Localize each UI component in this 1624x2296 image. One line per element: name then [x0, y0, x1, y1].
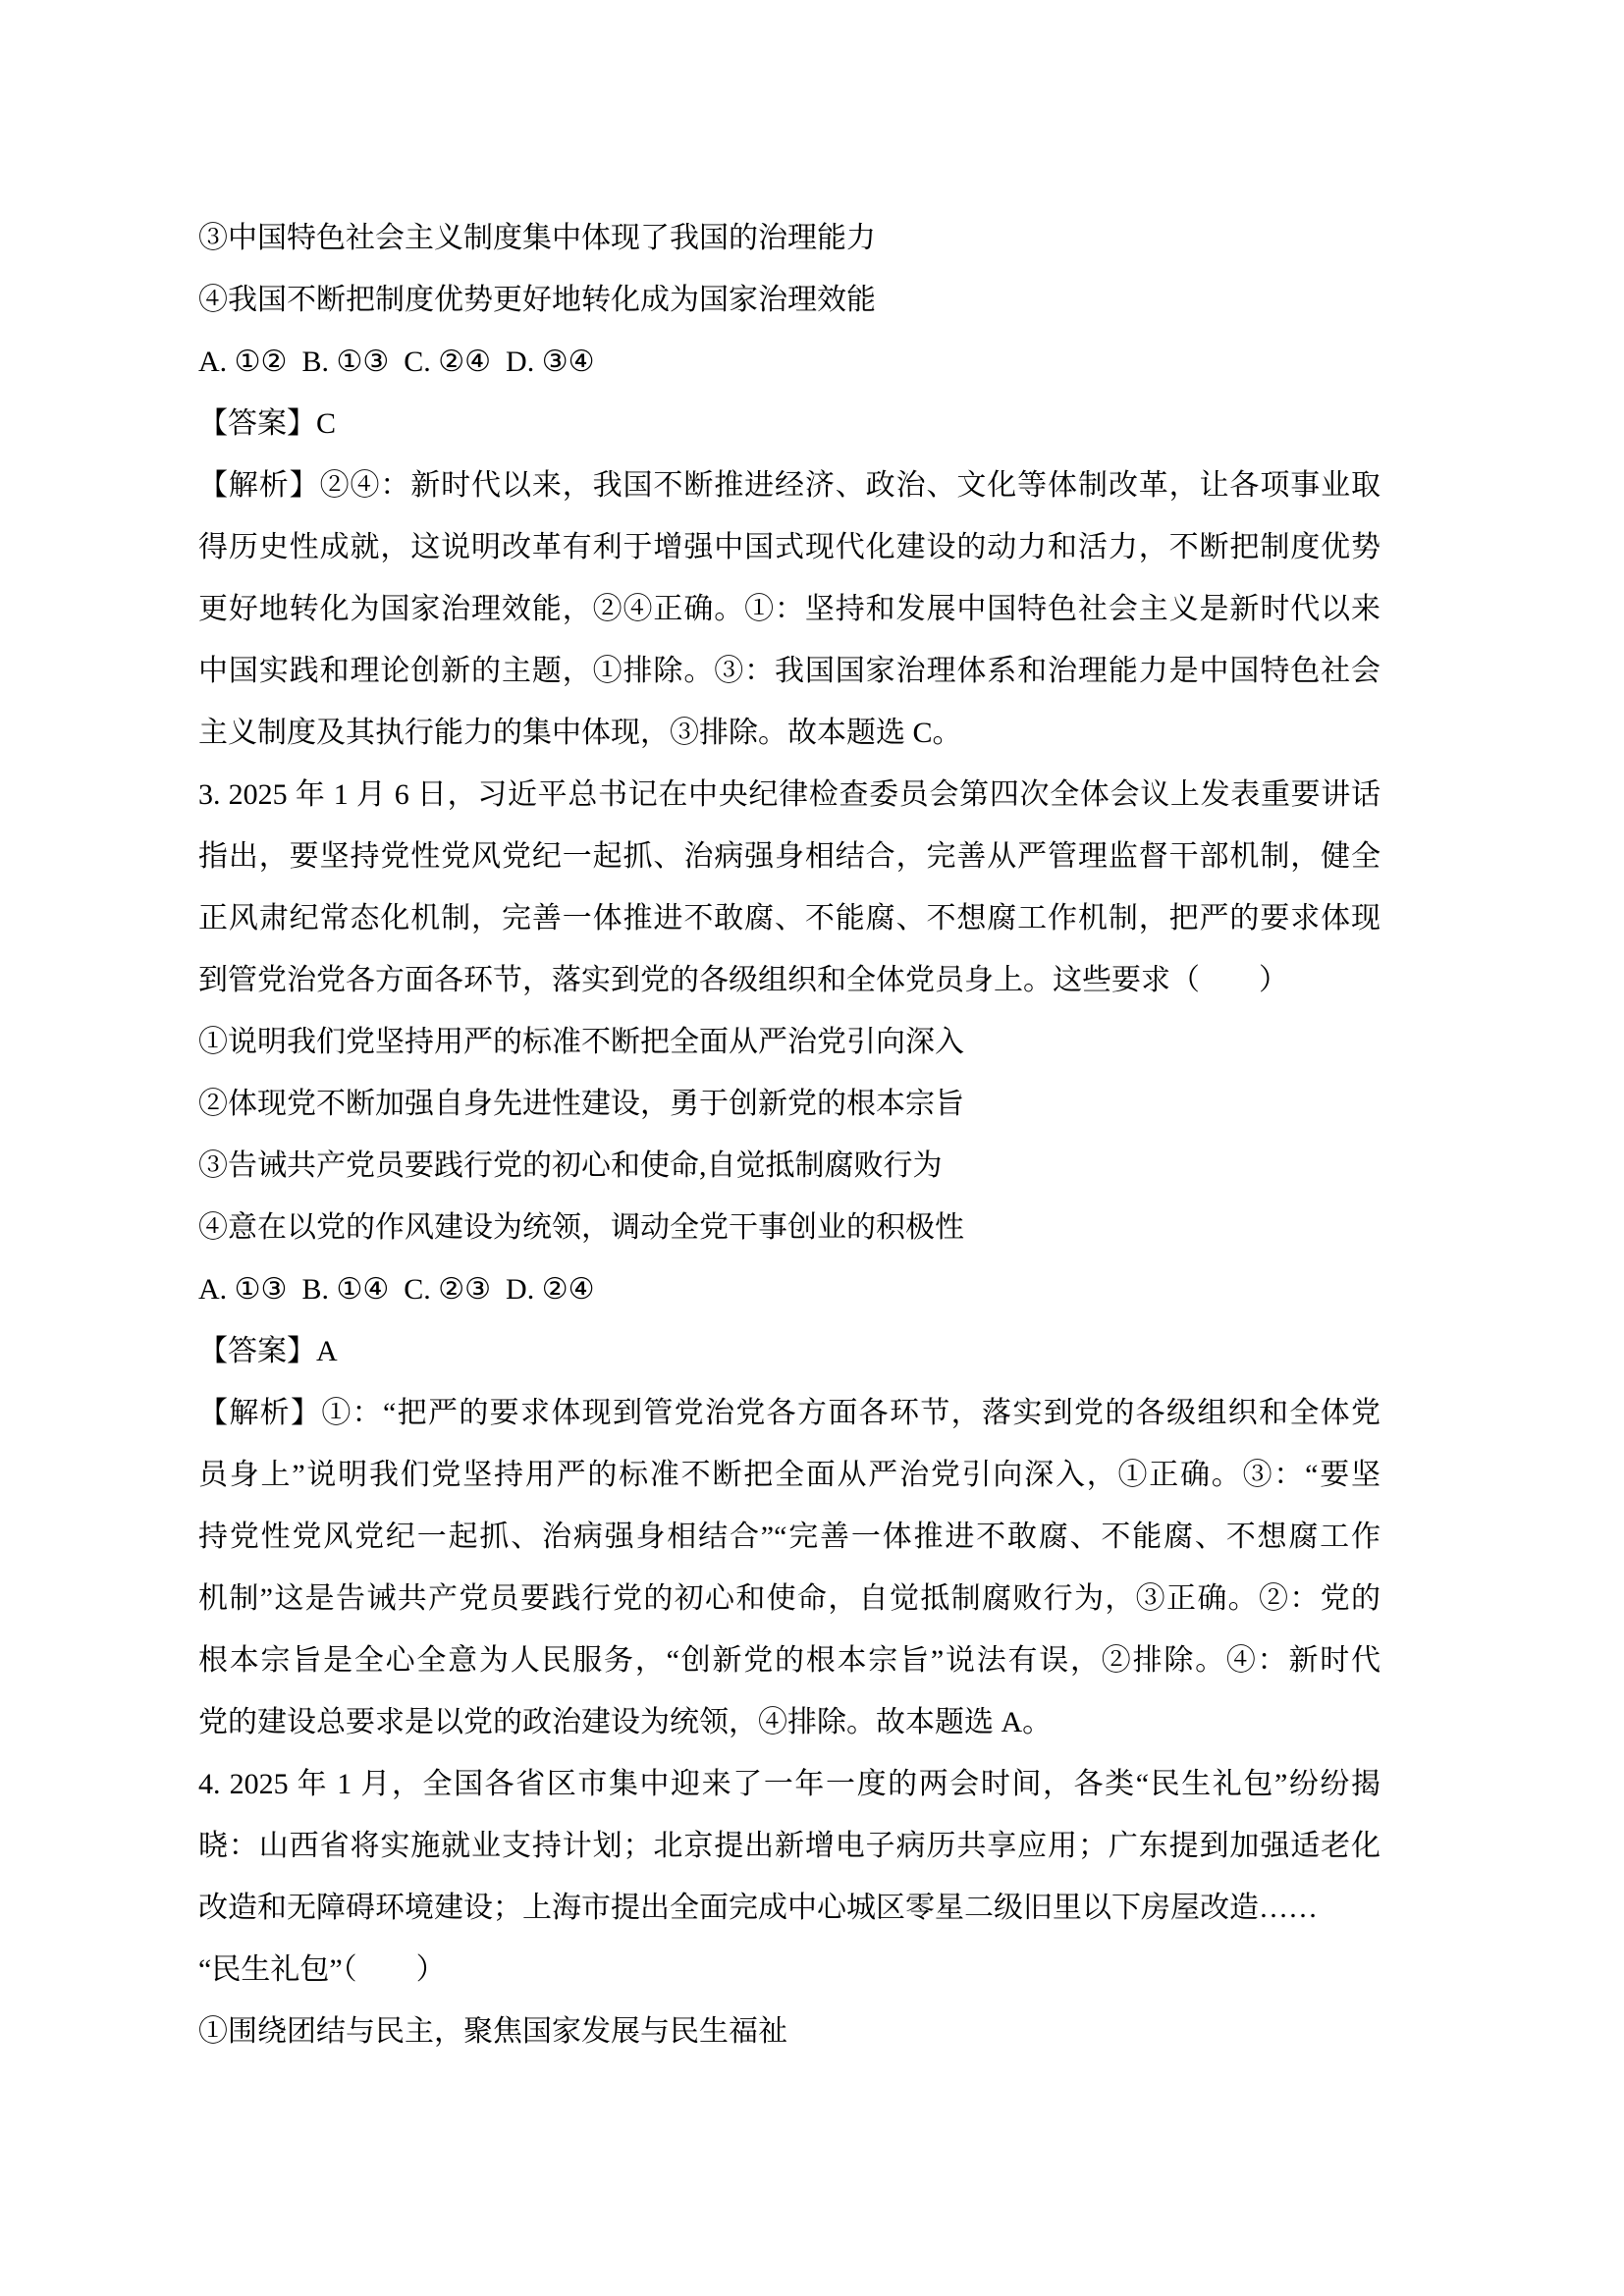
q4-stem: 4. 2025 年 1 月，全国各省区市集中迎来了一年一度的两会时间，各类“民生… — [198, 1753, 1380, 2001]
text-line: ③告诫共产党员要践行党的初心和使命,自觉抵制腐败行为 — [198, 1135, 1380, 1197]
q3-choices: A. ①③ B. ①④ C. ②③ D. ②④ — [198, 1258, 1380, 1320]
text-line: 【解析】②④：新时代以来，我国不断推进经济、政治、文化等体制改革，让各项事业取 — [198, 454, 1380, 516]
text-line: 员身上”说明我们党坚持用严的标准不断把全面从严治党引向深入，①正确。③：“要坚 — [198, 1444, 1380, 1506]
q3-option-4: ④意在以党的作风建设为统领，调动全党干事创业的积极性 — [198, 1197, 1380, 1258]
q2-answer: 【答案】C — [198, 393, 1380, 454]
text-line: ④我国不断把制度优势更好地转化成为国家治理效能 — [198, 269, 1380, 331]
document-page: ③中国特色社会主义制度集中体现了我国的治理能力④我国不断把制度优势更好地转化成为… — [0, 0, 1624, 2296]
text-line: 【答案】A — [198, 1320, 1380, 1382]
q2-option-3: ③中国特色社会主义制度集中体现了我国的治理能力 — [198, 207, 1380, 269]
q3-stem: 3. 2025 年 1 月 6 日，习近平总书记在中央纪律检查委员会第四次全体会… — [198, 764, 1380, 1011]
text-line: ③中国特色社会主义制度集中体现了我国的治理能力 — [198, 207, 1380, 269]
q3-option-2: ②体现党不断加强自身先进性建设，勇于创新党的根本宗旨 — [198, 1073, 1380, 1135]
text-line: 根本宗旨是全心全意为人民服务，“创新党的根本宗旨”说法有误，②排除。④：新时代 — [198, 1629, 1380, 1691]
text-line: 更好地转化为国家治理效能，②④正确。①：坚持和发展中国特色社会主义是新时代以来 — [198, 578, 1380, 640]
q2-option-4: ④我国不断把制度优势更好地转化成为国家治理效能 — [198, 269, 1380, 331]
q3-option-1: ①说明我们党坚持用严的标准不断把全面从严治党引向深入 — [198, 1011, 1380, 1073]
text-line: 指出，要坚持党性党风党纪一起抓、治病强身相结合，完善从严管理监督干部机制，健全 — [198, 826, 1380, 887]
document-content: ③中国特色社会主义制度集中体现了我国的治理能力④我国不断把制度优势更好地转化成为… — [198, 207, 1380, 2062]
text-line: ①围绕团结与民主，聚焦国家发展与民生福祉 — [198, 2001, 1380, 2062]
text-line: ①说明我们党坚持用严的标准不断把全面从严治党引向深入 — [198, 1011, 1380, 1073]
text-line: 党的建设总要求是以党的政治建设为统领，④排除。故本题选 A。 — [198, 1691, 1380, 1753]
text-line: ②体现党不断加强自身先进性建设，勇于创新党的根本宗旨 — [198, 1073, 1380, 1135]
text-line: 机制”这是告诫共产党员要践行党的初心和使命，自觉抵制腐败行为，③正确。②：党的 — [198, 1568, 1380, 1629]
text-line: A. ①② B. ①③ C. ②④ D. ③④ — [198, 331, 1380, 393]
text-line: 改造和无障碍环境建设；上海市提出全面完成中心城区零星二级旧里以下房屋改造…… — [198, 1877, 1380, 1939]
text-line: 正风肃纪常态化机制，完善一体推进不敢腐、不能腐、不想腐工作机制，把严的要求体现 — [198, 887, 1380, 949]
text-line: 到管党治党各方面各环节，落实到党的各级组织和全体党员身上。这些要求（ ） — [198, 949, 1380, 1011]
q4-option-1: ①围绕团结与民主，聚焦国家发展与民生福祉 — [198, 2001, 1380, 2062]
text-line: 晓：山西省将实施就业支持计划；北京提出新增电子病历共享应用；广东提到加强适老化 — [198, 1815, 1380, 1877]
text-line: 3. 2025 年 1 月 6 日，习近平总书记在中央纪律检查委员会第四次全体会… — [198, 764, 1380, 826]
text-line: A. ①③ B. ①④ C. ②③ D. ②④ — [198, 1258, 1380, 1320]
text-line: ④意在以党的作风建设为统领，调动全党干事创业的积极性 — [198, 1197, 1380, 1258]
text-line: 【答案】C — [198, 393, 1380, 454]
text-line: 得历史性成就，这说明改革有利于增强中国式现代化建设的动力和活力，不断把制度优势 — [198, 516, 1380, 578]
text-line: 【解析】①：“把严的要求体现到管党治党各方面各环节，落实到党的各级组织和全体党 — [198, 1382, 1380, 1444]
q3-analysis: 【解析】①：“把严的要求体现到管党治党各方面各环节，落实到党的各级组织和全体党员… — [198, 1382, 1380, 1753]
q2-choices: A. ①② B. ①③ C. ②④ D. ③④ — [198, 331, 1380, 393]
text-line: 主义制度及其执行能力的集中体现，③排除。故本题选 C。 — [198, 702, 1380, 764]
q2-analysis: 【解析】②④：新时代以来，我国不断推进经济、政治、文化等体制改革，让各项事业取得… — [198, 454, 1380, 764]
q3-option-3: ③告诫共产党员要践行党的初心和使命,自觉抵制腐败行为 — [198, 1135, 1380, 1197]
text-line: 中国实践和理论创新的主题，①排除。③：我国国家治理体系和治理能力是中国特色社会 — [198, 640, 1380, 702]
text-line: “民生礼包”（ ） — [198, 1939, 1380, 2001]
text-line: 持党性党风党纪一起抓、治病强身相结合”“完善一体推进不敢腐、不能腐、不想腐工作 — [198, 1506, 1380, 1568]
q3-answer: 【答案】A — [198, 1320, 1380, 1382]
text-line: 4. 2025 年 1 月，全国各省区市集中迎来了一年一度的两会时间，各类“民生… — [198, 1753, 1380, 1815]
